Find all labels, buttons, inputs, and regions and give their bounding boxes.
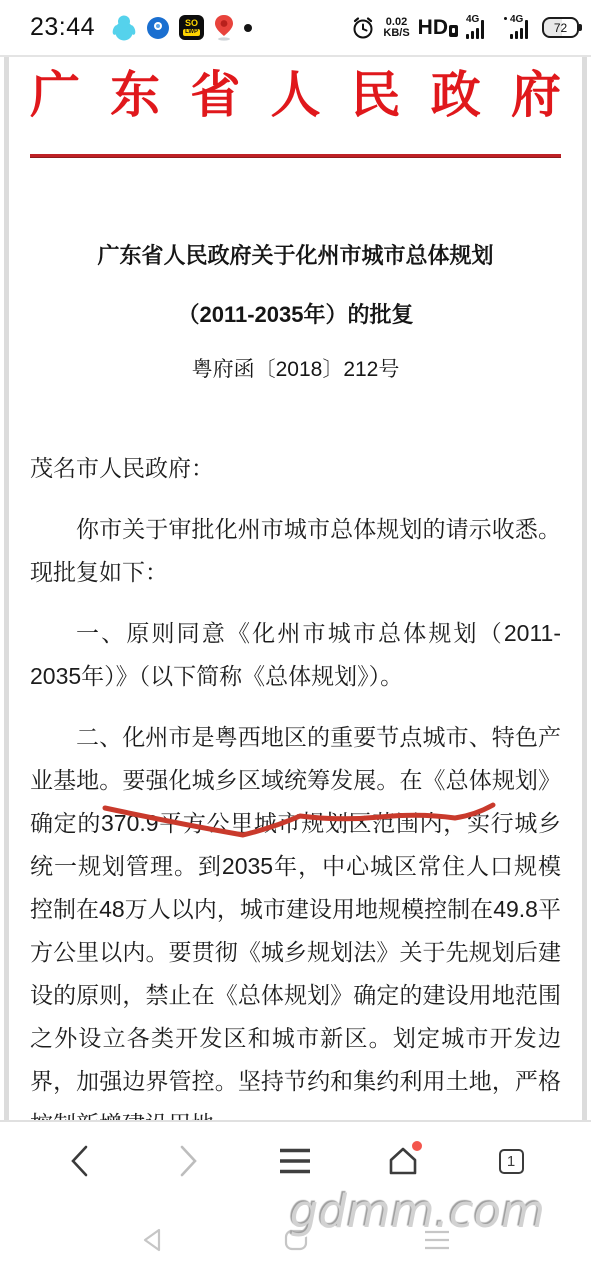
map-pin-icon: [213, 14, 235, 42]
document-body: 茂名市人民政府：你市关于审批化州市城市总体规划的请示收悉。现批复如下：一、原则同…: [30, 447, 561, 1122]
tab-count-badge: 1: [499, 1149, 524, 1174]
masthead-character: 府: [511, 65, 561, 125]
android-recents-lines-icon: [423, 1228, 451, 1252]
android-nav-bar: [0, 1200, 591, 1280]
status-bar: 23:44 SO LWP: [0, 0, 591, 55]
browser-toolbar: 1: [0, 1122, 591, 1200]
android-home-button[interactable]: [266, 1200, 326, 1280]
document-title-line2: （2011-2035年）的批复: [30, 299, 561, 331]
government-document: 广东省人民政府 广东省人民政府关于化州市城市总体规划 （2011-2035年）的…: [0, 57, 591, 1120]
menu-lines-icon: [279, 1147, 311, 1175]
browser-forward-button[interactable]: [166, 1139, 210, 1183]
android-home-square-icon: [284, 1229, 308, 1251]
clock-time: 23:44: [30, 13, 95, 42]
doc-paragraph: 一、原则同意《化州市城市总体规划（2011-2035年）》（以下简称《总体规划》…: [30, 612, 561, 698]
masthead-character: 民: [351, 65, 401, 125]
document-title-line1: 广东省人民政府关于化州市城市总体规划: [30, 240, 561, 272]
masthead-character: 省: [190, 65, 240, 125]
battery-indicator: 72: [542, 17, 579, 38]
browser-home-button[interactable]: [381, 1139, 425, 1183]
solwp-launcher-icon: SO LWP: [179, 15, 204, 40]
alarm-clock-icon: [351, 16, 375, 40]
sim1-signal-icon: 4G: [466, 15, 496, 41]
sim2-signal-icon: 4G: [504, 15, 534, 41]
document-masthead: 广东省人民政府: [30, 57, 561, 125]
home-notification-dot: [412, 1141, 422, 1151]
masthead-character: 人: [270, 65, 320, 125]
qq-penguin-icon: [111, 14, 137, 41]
doc-paragraph: 你市关于审批化州市城市总体规划的请示收悉。现批复如下：: [30, 508, 561, 594]
masthead-character: 东: [110, 65, 160, 125]
back-chevron-icon: [67, 1144, 93, 1178]
blue-circle-app-icon: [146, 16, 170, 40]
android-recents-button[interactable]: [407, 1200, 467, 1280]
forward-chevron-icon: [175, 1144, 201, 1178]
android-back-button[interactable]: [122, 1200, 182, 1280]
notification-dot-icon: [244, 24, 252, 32]
masthead-character: 政: [431, 65, 481, 125]
browser-back-button[interactable]: [58, 1139, 102, 1183]
phone-screen: 23:44 SO LWP: [0, 0, 591, 1280]
network-speed: 0.02 KB/S: [383, 17, 409, 39]
browser-tabs-button[interactable]: 1: [489, 1139, 533, 1183]
doc-paragraph: 二、化州市是粤西地区的重要节点城市、特色产业基地。要强化城乡区域统筹发展。在《总…: [30, 716, 561, 1122]
hd-volte-icon: HD: [418, 17, 458, 38]
android-back-triangle-icon: [140, 1227, 164, 1253]
masthead-divider-rule: [30, 154, 561, 158]
doc-paragraph: 茂名市人民政府：: [30, 447, 561, 490]
document-number: 粤府函〔2018〕212号: [30, 355, 561, 385]
browser-viewport[interactable]: 广东省人民政府 广东省人民政府关于化州市城市总体规划 （2011-2035年）的…: [0, 55, 591, 1122]
masthead-character: 广: [30, 65, 80, 125]
browser-menu-button[interactable]: [273, 1139, 317, 1183]
